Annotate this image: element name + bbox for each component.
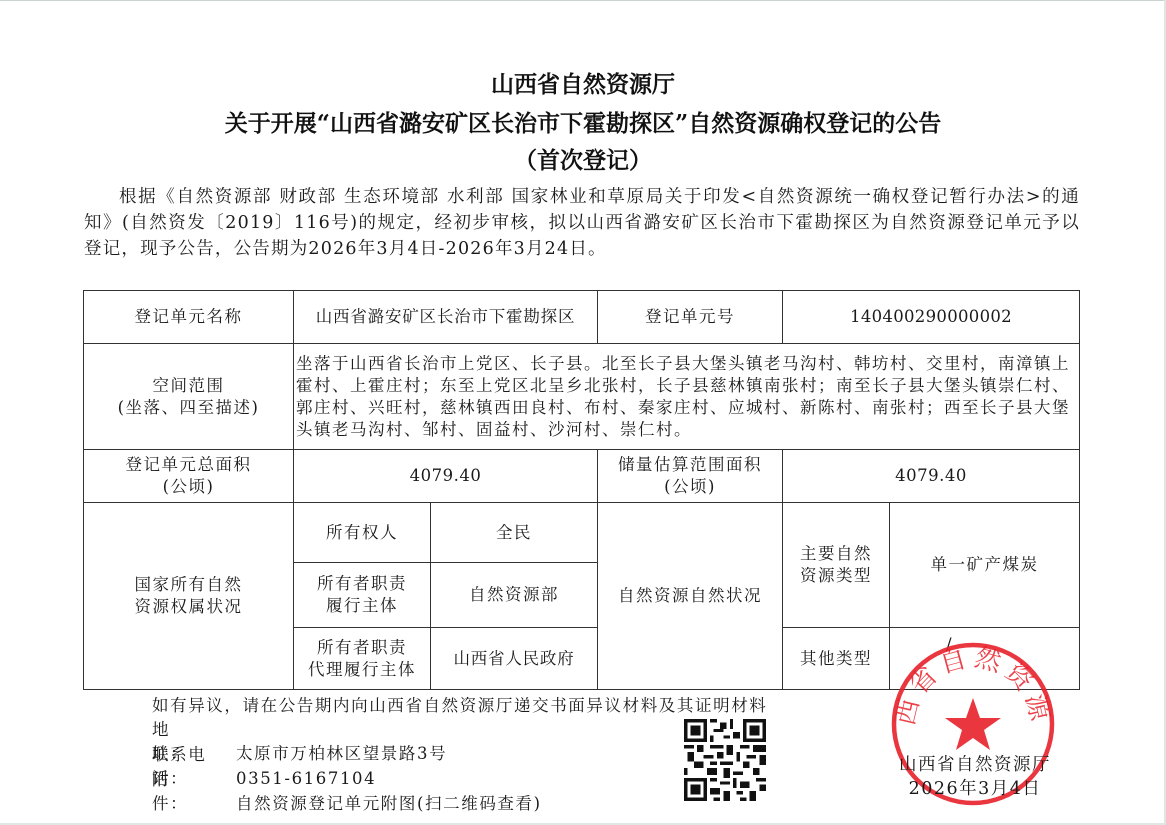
total-area-label-line1: 登记单元总面积 [88, 454, 289, 476]
agent-label: 所有者职责 代理履行主体 [294, 628, 431, 690]
ownership-label-line2: 资源权属状况 [88, 596, 289, 618]
notice-subtitle: （首次登记） [0, 142, 1166, 175]
space-label-line1: 空间范围 [88, 375, 289, 397]
agent-label-line1: 所有者职责 [298, 637, 426, 659]
objection-note: 如有异议，请在公告期内向山西省自然资源厅递交书面异议材料及其证明材料 [152, 692, 767, 716]
ownership-label: 国家所有自然 资源权属状况 [84, 503, 294, 690]
unit-name-label: 登记单元名称 [84, 291, 294, 344]
duty-label: 所有者职责 履行主体 [294, 563, 431, 628]
agent-label-line2: 代理履行主体 [298, 659, 426, 681]
total-area-label-line2: (公顷) [88, 476, 289, 498]
other-type-label: 其他类型 [783, 628, 890, 690]
attachment-label: 附 件： [152, 766, 236, 814]
table-row: 登记单元总面积 (公顷) 4079.40 储量估算范围面积 (公顷) 4079.… [84, 450, 1080, 503]
reserve-area-label-line2: (公顷) [602, 476, 778, 498]
page-top-border [0, 0, 1166, 1]
registration-table: 登记单元名称 山西省潞安矿区长治市下霍勘探区 登记单元号 14040029000… [83, 290, 1080, 690]
reserve-area-label-line1: 储量估算范围面积 [602, 454, 778, 476]
owner-label: 所有权人 [294, 503, 431, 563]
duty-label-line2: 履行主体 [298, 595, 426, 617]
reserve-area-value: 4079.40 [783, 450, 1080, 503]
intro-paragraph: 根据《自然资源部 财政部 生态环境部 水利部 国家林业和草原局关于印发<自然资源… [84, 184, 1080, 262]
unit-no-value: 140400290000002 [783, 291, 1080, 344]
space-label: 空间范围 (坐落、四至描述) [84, 344, 294, 450]
attachment-line: 附 件：自然资源登记单元附图(扫二维码查看) [152, 766, 542, 814]
space-label-line2: (坐落、四至描述) [88, 397, 289, 419]
qr-code-icon[interactable] [684, 719, 766, 801]
main-type-value: 单一矿产煤炭 [890, 503, 1080, 628]
issuing-organization: 山西省自然资源厅 [0, 66, 1166, 99]
signature-date: 2026年3月4日 [880, 775, 1070, 800]
total-area-label: 登记单元总面积 (公顷) [84, 450, 294, 503]
main-type-label: 主要自然 资源类型 [783, 503, 890, 628]
attachment-value: 自然资源登记单元附图(扫二维码查看) [236, 794, 542, 813]
space-value: 坐落于山西省长治市上党区、长子县。北至长子县大堡头镇老马沟村、韩坊村、交里村，南… [294, 344, 1080, 450]
unit-no-label: 登记单元号 [598, 291, 783, 344]
unit-name-value: 山西省潞安矿区长治市下霍勘探区 [294, 291, 598, 344]
main-type-label-line2: 资源类型 [787, 565, 885, 587]
owner-value: 全民 [431, 503, 598, 563]
total-area-value: 4079.40 [294, 450, 598, 503]
duty-value: 自然资源部 [431, 563, 598, 628]
agent-value: 山西省人民政府 [431, 628, 598, 690]
table-row: 登记单元名称 山西省潞安矿区长治市下霍勘探区 登记单元号 14040029000… [84, 291, 1080, 344]
notice-title: 关于开展“山西省潞安矿区长治市下霍勘探区”自然资源确权登记的公告 [0, 105, 1166, 138]
reserve-area-label: 储量估算范围面积 (公顷) [598, 450, 783, 503]
main-type-label-line1: 主要自然 [787, 543, 885, 565]
nature-label: 自然资源自然状况 [598, 503, 783, 690]
ownership-label-line1: 国家所有自然 [88, 574, 289, 596]
signature-org: 山西省自然资源厅 [880, 751, 1070, 776]
table-row: 国家所有自然 资源权属状况 所有权人 全民 自然资源自然状况 主要自然 资源类型… [84, 503, 1080, 563]
table-row: 空间范围 (坐落、四至描述) 坐落于山西省长治市上党区、长子县。北至长子县大堡头… [84, 344, 1080, 450]
duty-label-line1: 所有者职责 [298, 573, 426, 595]
